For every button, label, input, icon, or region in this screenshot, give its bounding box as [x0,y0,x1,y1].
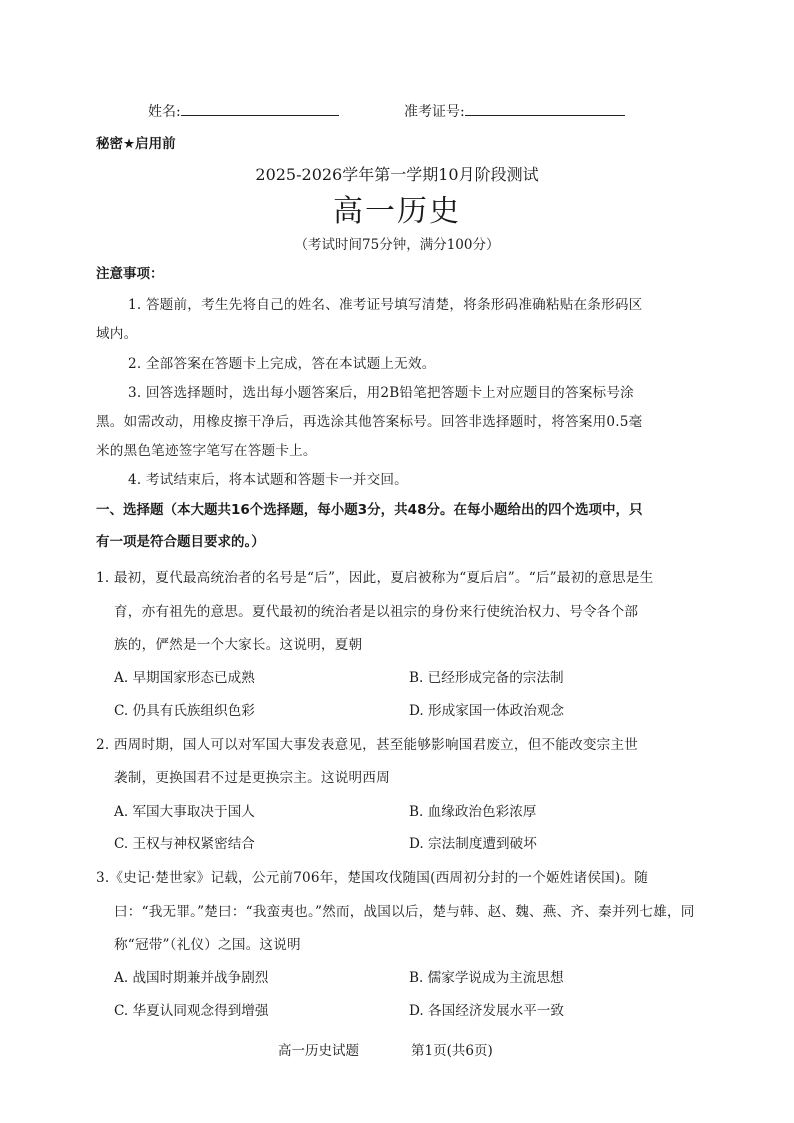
note-3-line-1: 3. 回答选择题时，选出每小题答案后，用2B铅笔把答题卡上对应题目的答案标号涂 [128,381,634,401]
exam-id-input-line[interactable] [465,101,625,116]
question-3-line-1: 3.《史记·楚世家》记载，公元前706年，楚国攻伐随国(西周初分封的一个姬姓诸侯… [96,866,648,886]
question-1-line-2: 育，亦有祖先的意思。夏代最初的统治者是以祖宗的身份来行使统治权力、号令各个部 [114,600,638,620]
note-2: 2. 全部答案在答题卡上完成，答在本试题上无效。 [128,352,436,372]
exam-title: 2025-2026学年第一学期10月阶段测试 [0,162,794,185]
note-3-line-2: 黑。如需改动，用橡皮擦干净后，再选涂其他答案标号。回答非选择题时，将答案用0.5… [96,410,642,430]
notes-title: 注意事项： [96,262,164,282]
question-1-option-c[interactable]: C. 仍具有氏族组织色彩 [114,699,255,719]
exam-id-field-row: 准考证号: [404,101,625,121]
question-2-line-2: 袭制，更换国君不过是更换宗主。这说明西周 [114,766,390,786]
question-1-option-d[interactable]: D. 形成家国一体政治观念 [409,699,564,719]
question-3-line-3: 称“冠带”（礼仪）之国。这说明 [114,933,301,953]
question-2-option-c[interactable]: C. 王权与神权紧密结合 [114,832,255,852]
note-3-line-3: 米的黑色笔迹签字笔写在答题卡上。 [96,439,317,459]
question-2-option-b[interactable]: B. 血缘政治色彩浓厚 [409,800,536,820]
name-field-row: 姓名: [148,101,339,121]
question-3-option-d[interactable]: D. 各国经济发展水平一致 [409,999,564,1019]
footer-page-number: 第1页(共6页) [411,1039,493,1059]
question-2-option-d[interactable]: D. 宗法制度遭到破坏 [409,832,537,852]
question-3-option-c[interactable]: C. 华夏认同观念得到增强 [114,999,269,1019]
section-header-line-2: 有一项是符合题目要求的。） [96,530,265,550]
question-3-option-b[interactable]: B. 儒家学说成为主流思想 [409,966,564,986]
section-header-line-1: 一、选择题（本大题共16个选择题，每小题3分，共48分。在每小题给出的四个选项中… [96,498,642,518]
exam-id-label: 准考证号: [404,104,465,120]
question-2-option-a[interactable]: A. 军国大事取决于国人 [114,800,255,820]
question-1-line-3: 族的，俨然是一个大家长。这说明，夏朝 [114,633,362,653]
footer-subject: 高一历史试题 [278,1039,359,1059]
question-3-option-a[interactable]: A. 战国时期兼并战争剧烈 [114,966,268,986]
subject-title: 高一历史 [0,186,794,230]
exam-info: （考试时间75分钟，满分100分） [0,233,794,253]
name-input-line[interactable] [181,101,339,116]
note-1-line-2: 域内。 [96,322,137,342]
question-1-option-b[interactable]: B. 已经形成完备的宗法制 [409,666,564,686]
question-3-line-2: 曰：“我无罪。”楚曰：“我蛮夷也。”然而，战国以后，楚与韩、赵、魏、燕、齐、秦并… [114,900,695,920]
question-1-line-1: 1. 最初，夏代最高统治者的名号是“后”，因此，夏启被称为“夏后启”。“后”最初… [96,566,653,586]
question-1-option-a[interactable]: A. 早期国家形态已成熟 [114,666,255,686]
question-2-line-1: 2. 西周时期，国人可以对军国大事发表意见，甚至能够影响国君废立，但不能改变宗主… [96,733,638,753]
name-label: 姓名: [148,104,181,120]
note-4: 4. 考试结束后，将本试题和答题卡一并交回。 [128,468,408,488]
confidential-mark: 秘密★启用前 [96,132,176,152]
note-1-line-1: 1. 答题前，考生先将自己的姓名、准考证号填写清楚，将条形码准确粘贴在条形码区 [128,293,642,313]
